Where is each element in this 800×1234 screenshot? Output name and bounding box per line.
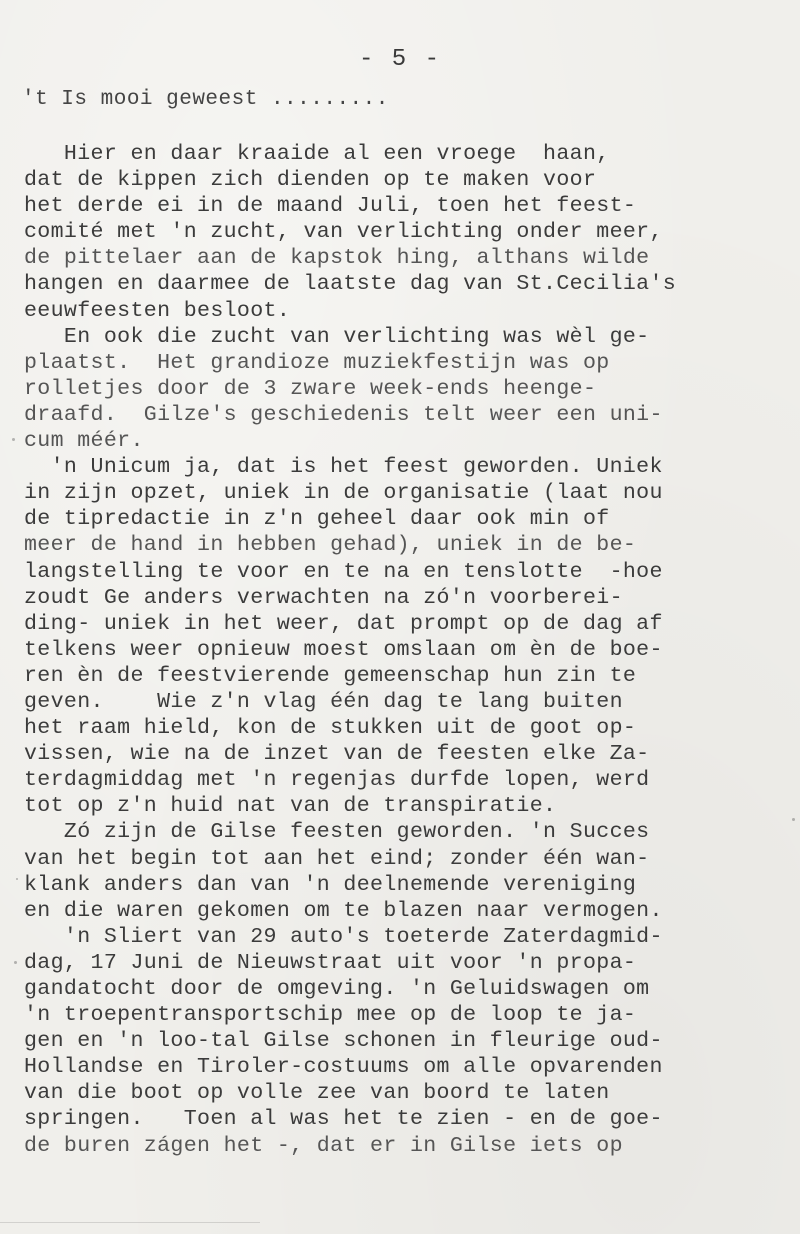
text-line: meer de hand in hebben gehad), uniek in … bbox=[24, 532, 800, 558]
article-title: 't Is mooi geweest ......... bbox=[22, 88, 389, 111]
text-line: 'n Unicum ja, dat is het feest geworden.… bbox=[24, 454, 800, 480]
paper-speck bbox=[12, 438, 15, 441]
text-line: 'n troepentransportschip mee op de loop … bbox=[24, 1002, 800, 1028]
paper-speck bbox=[16, 878, 18, 880]
text-line: langstelling te voor en te na en tenslot… bbox=[24, 559, 800, 585]
text-line: springen. Toen al was het te zien - en d… bbox=[24, 1106, 800, 1132]
paper-speck bbox=[14, 961, 17, 964]
text-line: En ook die zucht van verlichting was wèl… bbox=[24, 324, 800, 350]
text-line: de tipredactie in z'n geheel daar ook mi… bbox=[24, 506, 800, 532]
text-line: het raam hield, kon de stukken uit de go… bbox=[24, 715, 800, 741]
text-line: Hollandse en Tiroler-costuums om alle op… bbox=[24, 1054, 800, 1080]
text-line: Zó zijn de Gilse feesten geworden. 'n Su… bbox=[24, 819, 800, 845]
text-line: gandatocht door de omgeving. 'n Geluidsw… bbox=[24, 976, 800, 1002]
text-line: terdagmiddag met 'n regenjas durfde lope… bbox=[24, 767, 800, 793]
text-line: de buren zágen het -, dat er in Gilse ie… bbox=[24, 1133, 800, 1159]
text-line: de pittelaer aan de kapstok hing, althan… bbox=[24, 245, 800, 271]
text-line: Hier en daar kraaide al een vroege haan, bbox=[24, 141, 800, 167]
article-body: Hier en daar kraaide al een vroege haan,… bbox=[24, 141, 800, 1159]
text-line: hangen en daarmee de laatste dag van St.… bbox=[24, 271, 800, 297]
text-line: dat de kippen zich dienden op te maken v… bbox=[24, 167, 800, 193]
text-line: comité met 'n zucht, van verlichting ond… bbox=[24, 219, 800, 245]
typewritten-page: - 5 - 't Is mooi geweest ......... Hier … bbox=[0, 0, 800, 1234]
text-line: telkens weer opnieuw moest omslaan om èn… bbox=[24, 637, 800, 663]
text-line: vissen, wie na de inzet van de feesten e… bbox=[24, 741, 800, 767]
text-line: het derde ei in de maand Juli, toen het … bbox=[24, 193, 800, 219]
text-line: zoudt Ge anders verwachten na zó'n voorb… bbox=[24, 585, 800, 611]
text-line: dag, 17 Juni de Nieuwstraat uit voor 'n … bbox=[24, 950, 800, 976]
text-line: in zijn opzet, uniek in de organisatie (… bbox=[24, 480, 800, 506]
text-line: plaatst. Het grandioze muziekfestijn was… bbox=[24, 350, 800, 376]
text-line: van die boot op volle zee van boord te l… bbox=[24, 1080, 800, 1106]
text-line: 'n Sliert van 29 auto's toeterde Zaterda… bbox=[24, 924, 800, 950]
page-number: - 5 - bbox=[0, 46, 800, 73]
text-line: draafd. Gilze's geschiedenis telt weer e… bbox=[24, 402, 800, 428]
text-line: ren èn de feestvierende gemeenschap hun … bbox=[24, 663, 800, 689]
text-line: cum méér. bbox=[24, 428, 800, 454]
text-line: van het begin tot aan het eind; zonder é… bbox=[24, 846, 800, 872]
text-line: geven. Wie z'n vlag één dag te lang buit… bbox=[24, 689, 800, 715]
text-line: eeuwfeesten besloot. bbox=[24, 298, 800, 324]
text-line: klank anders dan van 'n deelnemende vere… bbox=[24, 872, 800, 898]
text-line: tot op z'n huid nat van de transpiratie. bbox=[24, 793, 800, 819]
text-line: gen en 'n loo-tal Gilse schonen in fleur… bbox=[24, 1028, 800, 1054]
text-line: rolletjes door de 3 zware week-ends heen… bbox=[24, 376, 800, 402]
page-edge-shadow bbox=[0, 1222, 260, 1223]
text-line: ding- uniek in het weer, dat prompt op d… bbox=[24, 611, 800, 637]
paper-speck bbox=[792, 818, 795, 821]
text-line: en die waren gekomen om te blazen naar v… bbox=[24, 898, 800, 924]
